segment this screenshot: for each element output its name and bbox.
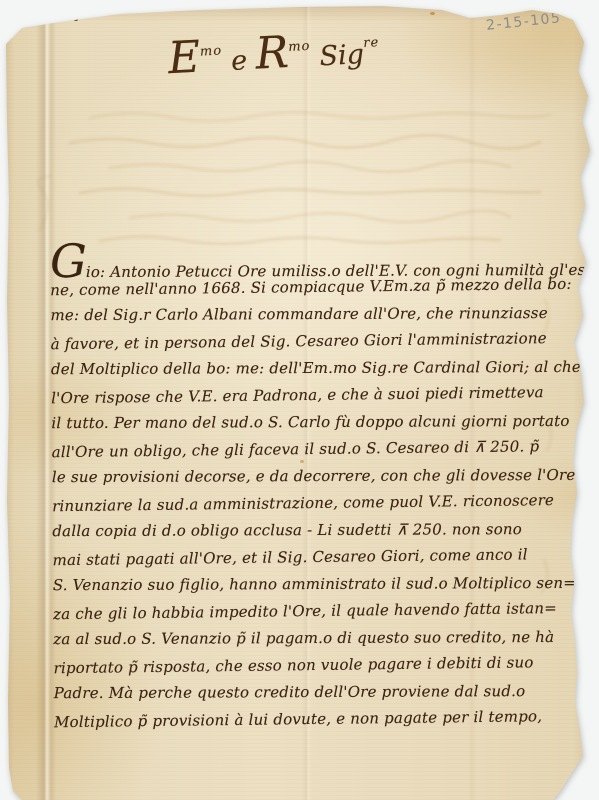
salutation-sup-mo2: mo bbox=[288, 39, 311, 55]
letter-line: rinunziare la sud.a amministrazione, com… bbox=[52, 487, 576, 520]
salutation-sup-mo: mo bbox=[200, 43, 223, 59]
letter-line: del Moltiplico della bo: me: dell'Em.mo … bbox=[51, 354, 575, 383]
letter-line: l'Ore rispose che V.E. era Padrona, e ch… bbox=[51, 379, 575, 412]
letter-line: riportato p̃ risposta, che esso non vuol… bbox=[53, 649, 577, 682]
paper-speck bbox=[74, 18, 78, 21]
letter-body: Gio: Antonio Petucci Ore umiliss.o dell'… bbox=[50, 245, 578, 736]
letter-line: Padre. Mà perche questo credito dell'Ore… bbox=[54, 678, 578, 707]
salutation-conjunction: e bbox=[222, 45, 257, 78]
letter-line: ne, come nell'anno 1668. Si compiacque V… bbox=[50, 271, 574, 304]
letter-line: za che gli lo habbia impedito l'Ore, il … bbox=[53, 595, 577, 628]
letter-line: Gio: Antonio Petucci Ore umiliss.o dell'… bbox=[50, 246, 574, 275]
letter-line: à favore, et in persona del Sig. Cesareo… bbox=[51, 325, 575, 358]
salutation-abbrev-e: E bbox=[167, 32, 202, 85]
letter-line: me: del Sig.r Carlo Albani commandare al… bbox=[50, 300, 574, 329]
manuscript-paper: 2-15-105 Emo e Rmo Sigre Gio: Antonio Pe… bbox=[0, 0, 599, 800]
letter-line: il tutto. Per mano del sud.o S. Carlo fù… bbox=[51, 408, 575, 437]
letter-line: all'Ore un obligo, che gli faceva il sud… bbox=[52, 433, 576, 466]
paper-wrapper: 2-15-105 Emo e Rmo Sigre Gio: Antonio Pe… bbox=[0, 0, 599, 800]
paper-speck bbox=[2, 156, 6, 159]
salutation-abbrev-sig: Sig bbox=[310, 39, 365, 73]
letter-line: Moltiplico p̃ provisioni à lui dovute, e… bbox=[54, 703, 578, 736]
paper-speck bbox=[430, 12, 435, 15]
letter-line: S. Venanzio suo figlio, hanno amministra… bbox=[53, 570, 577, 599]
letter-line: dalla copia di d.o obligo acclusa - Li s… bbox=[52, 516, 576, 545]
salutation-sup-re: re bbox=[363, 35, 380, 51]
paper-speck bbox=[2, 190, 5, 193]
letter-line: mai stati pagati all'Ore, et il Sig. Ces… bbox=[52, 541, 576, 574]
scanned-manuscript-photo: 2-15-105 Emo e Rmo Sigre Gio: Antonio Pe… bbox=[0, 0, 599, 800]
letter-line: za al sud.o S. Venanzio p̃ il pagam.o di… bbox=[53, 624, 577, 653]
salutation-abbrev-r: R bbox=[254, 27, 290, 80]
